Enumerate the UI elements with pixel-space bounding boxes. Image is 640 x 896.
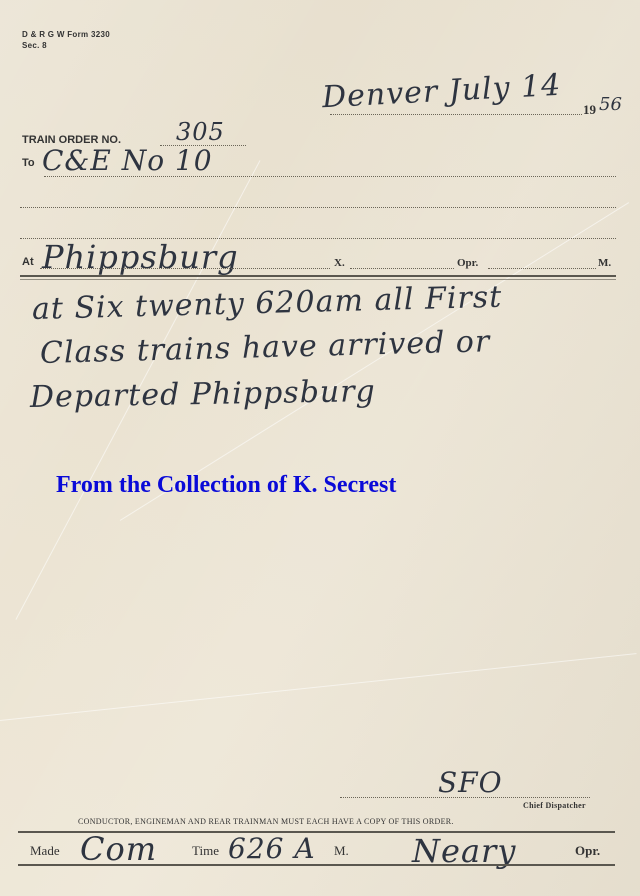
m-suffix-label: M. <box>334 843 349 859</box>
made-label: Made <box>30 843 60 859</box>
footer-rule-bottom <box>18 864 615 866</box>
dispatcher-dotted-line <box>340 797 590 798</box>
year-prefix: 19 <box>583 102 596 118</box>
x-dotted-line <box>350 268 454 269</box>
collection-watermark: From the Collection of K. Secrest <box>56 472 396 499</box>
train-order-number-handwritten: 305 <box>176 118 225 146</box>
at-dotted-line <box>40 268 330 269</box>
to-handwritten: C&E No 10 <box>42 144 213 177</box>
to-label: To <box>22 157 35 169</box>
dispatcher-initials-handwritten: SFO <box>438 766 503 799</box>
to-dotted-line <box>44 176 616 177</box>
opr-dotted-line <box>488 268 596 269</box>
at-station-handwritten: Phippsburg <box>42 238 239 276</box>
form-number: D & R G W Form 3230 <box>22 30 110 39</box>
bottom-opr-label: Opr. <box>575 843 600 859</box>
made-handwritten: Com <box>80 830 157 868</box>
header-rule <box>20 279 616 280</box>
x-label: X. <box>334 257 345 269</box>
time-handwritten: 626 A <box>228 832 316 865</box>
blank-dotted-line <box>20 207 616 208</box>
opr-label: Opr. <box>457 257 478 269</box>
date-dotted-line <box>330 114 582 115</box>
order-line-3: Departed Phippsburg <box>30 374 376 415</box>
chief-dispatcher-label: Chief Dispatcher <box>523 801 586 810</box>
form-section: Sec. 8 <box>22 41 47 50</box>
m-label: M. <box>598 257 611 269</box>
at-label: At <box>22 256 34 268</box>
year-suffix-handwritten: 56 <box>599 94 622 115</box>
header-rule <box>20 275 616 277</box>
time-label: Time <box>192 843 219 859</box>
copy-notice: CONDUCTOR, ENGINEMAN AND REAR TRAINMAN M… <box>78 817 454 826</box>
